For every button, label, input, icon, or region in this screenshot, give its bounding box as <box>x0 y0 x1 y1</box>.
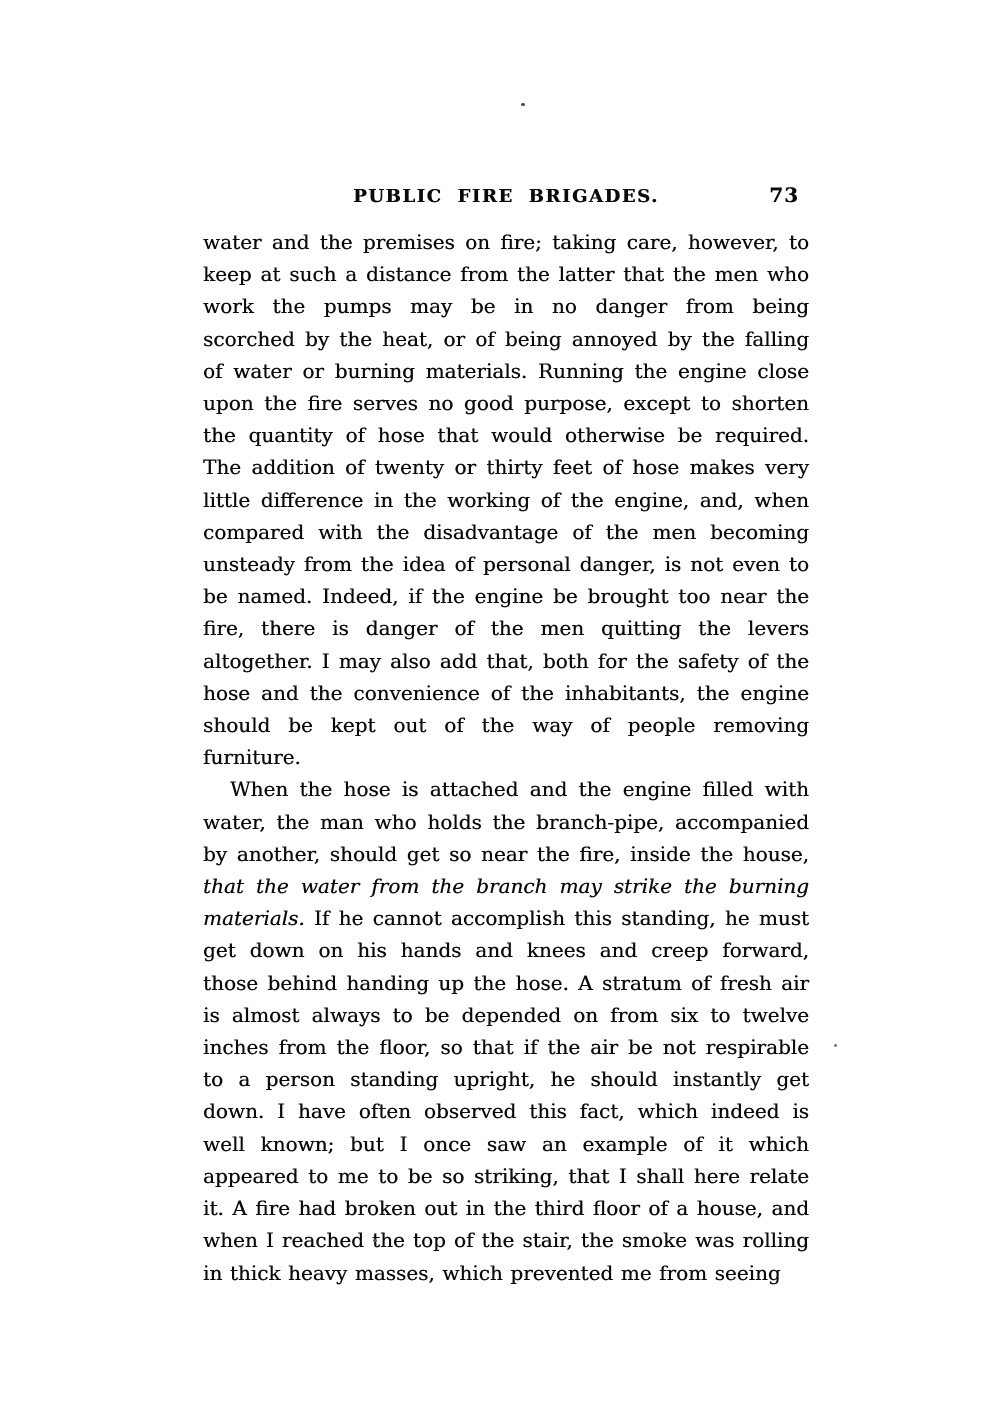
paragraph-1-text: water and the premises on fire; taking c… <box>203 230 809 769</box>
page-number: 73 <box>769 183 799 207</box>
page-header: PUBLIC FIRE BRIGADES. 73 <box>203 186 809 218</box>
paragraph-2-text: When the hose is attached and the engine… <box>203 777 809 865</box>
paragraph-1: water and the premises on fire; taking c… <box>203 226 809 773</box>
scan-speck-top <box>521 103 525 106</box>
page-body: water and the premises on fire; taking c… <box>203 226 809 1289</box>
book-page: PUBLIC FIRE BRIGADES. 73 water and the p… <box>0 0 1005 1408</box>
paragraph-2: When the hose is attached and the engine… <box>203 773 809 1288</box>
scan-speck-right <box>834 1044 837 1047</box>
running-title: PUBLIC FIRE BRIGADES. <box>203 186 809 207</box>
scan-speck-bottom <box>373 1239 377 1242</box>
paragraph-2-text-continued: If he cannot accomplish this standing, h… <box>203 906 809 1284</box>
